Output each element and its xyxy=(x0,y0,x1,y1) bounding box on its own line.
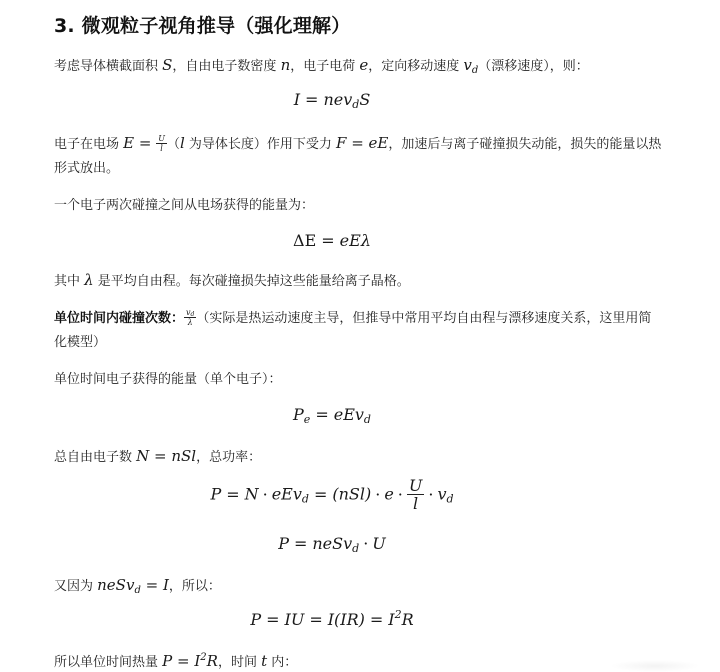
paragraph-total-electrons: 总自由电子数 N = nSl，总功率： xyxy=(54,443,261,471)
paragraph-single-electron: 单位时间电子获得的能量（单个电子）： xyxy=(54,367,282,393)
fraction-vd-over-lambda: vdλ xyxy=(184,309,196,327)
paragraph-substitute-current: 又因为 neSvd = I，所以： xyxy=(54,572,221,600)
paragraph-setup: 考虑导体横截面积 S，自由电子数密度 n，电子电荷 e，定向移动速度 vd（漂移… xyxy=(54,52,589,80)
paragraph-electric-field: 电子在电场 E = Ul（l 为导体长度）作用下受力 F = eE，加速后与离子… xyxy=(54,130,661,158)
section-heading: 3. 微观粒子视角推导（强化理解） xyxy=(54,11,350,38)
paragraph-electric-field-line2: 形式放出。 xyxy=(54,156,119,182)
text: ，电子电荷 xyxy=(290,59,359,74)
equation-current: I=nevdS xyxy=(54,90,610,109)
paragraph-mean-free-path: 其中 λ 是平均自由程。每次碰撞损失掉这些能量给离子晶格。 xyxy=(54,267,410,295)
text: 考虑导体横截面积 xyxy=(54,59,162,74)
equation-delta-energy: ΔE=eEλ xyxy=(54,231,610,250)
math-n: n xyxy=(281,56,291,74)
equation-single-power: Pe=eEvd xyxy=(54,405,610,424)
fraction-U-over-l: Ul xyxy=(156,135,167,153)
math-e: e xyxy=(359,56,368,74)
equation-power-neSvU: P=neSvd·U xyxy=(54,534,610,553)
equation-joule-power: P=IU=I(IR)=I2R xyxy=(54,610,610,629)
paragraph-collision-rate: 单位时间内碰撞次数：vdλ（实际是热运动速度主导，但推导中常用平均自由程与漂移速… xyxy=(54,304,651,332)
fraction-U-over-l-display: Ul xyxy=(407,478,424,512)
bold-label: 单位时间内碰撞次数： xyxy=(54,311,184,326)
text: ，定向移动速度 xyxy=(368,59,463,74)
paragraph-energy-gain: 一个电子两次碰撞之间从电场获得的能量为： xyxy=(54,193,314,219)
math-vd: vd xyxy=(463,56,478,74)
equation-total-power: P=N·eEvd=(nSl)·e·Ul·vd xyxy=(54,478,610,512)
text: ，自由电子数密度 xyxy=(172,59,280,74)
text: （漂移速度），则： xyxy=(478,59,589,74)
paragraph-collision-rate-line2: 化模型） xyxy=(54,330,106,356)
math-S: S xyxy=(162,56,172,74)
bottom-fade-artifact xyxy=(610,660,700,672)
paragraph-heat-over-time: 所以单位时间热量 P = I2R，时间 t 内： xyxy=(54,648,297,672)
